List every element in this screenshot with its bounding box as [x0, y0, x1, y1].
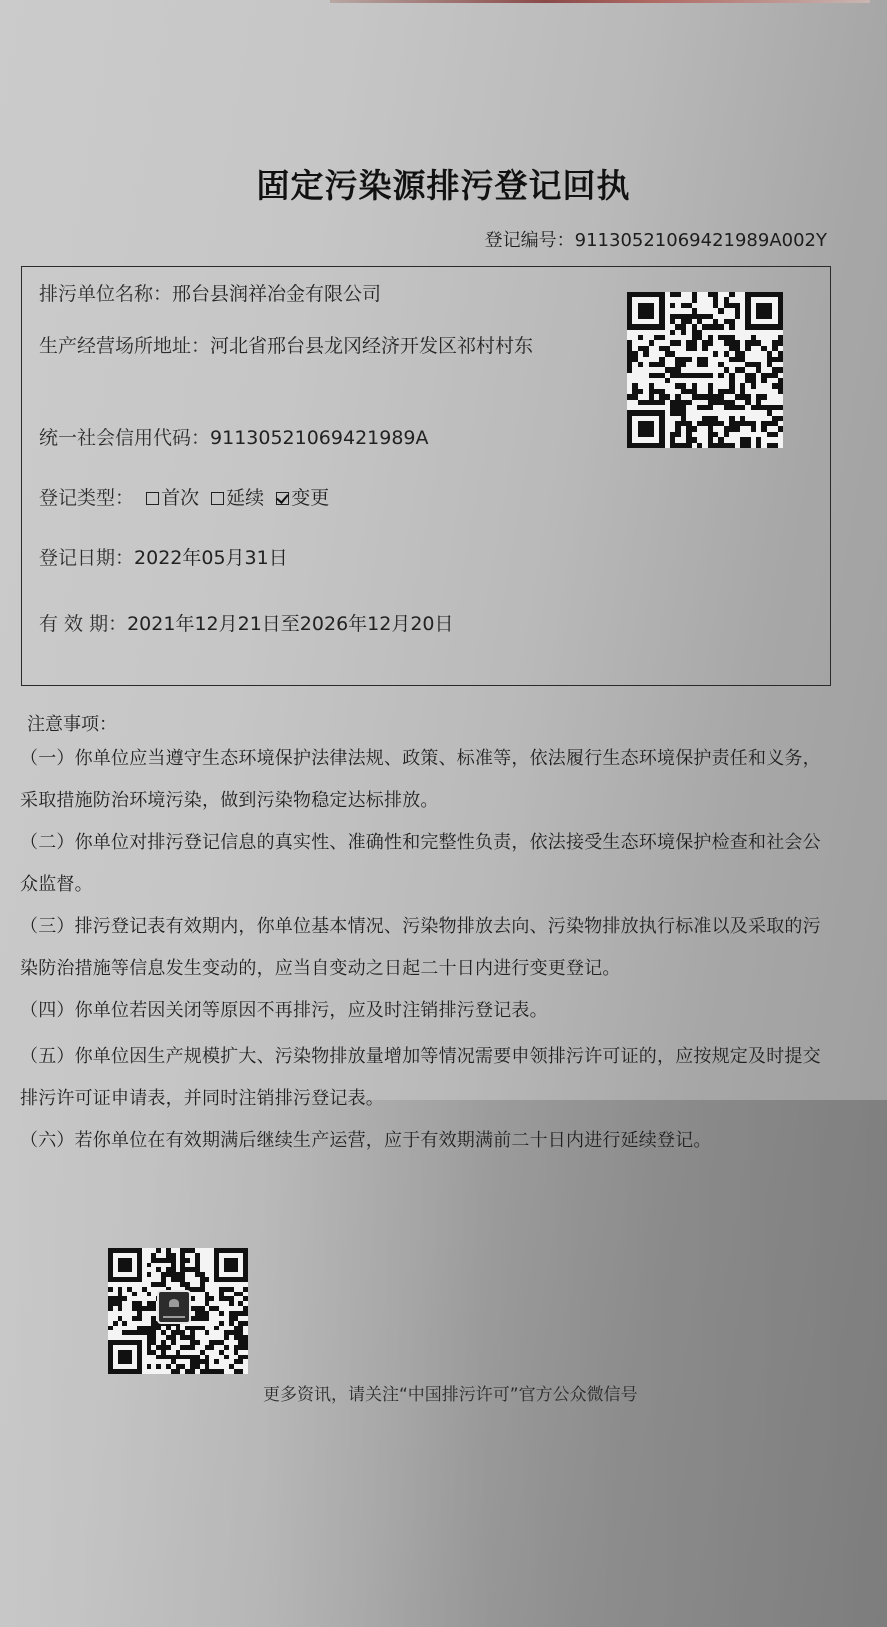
note-item-4: （四）你单位若因关闭等原因不再排污，应及时注销排污登记表。	[20, 990, 830, 1032]
credit-code-label: 统一社会信用代码：	[39, 427, 210, 449]
credit-code-value: 91130521069421989A	[210, 427, 429, 449]
photo-edge	[330, 0, 870, 3]
checkbox-first-time[interactable]	[146, 492, 159, 505]
footer-text: 更多资讯，请关注“中国排污许可”官方公众微信号	[263, 1380, 638, 1405]
note-item-6: （六）若你单位在有效期满后继续生产运营，应于有效期满前二十日内进行延续登记。	[20, 1120, 830, 1162]
wechat-account-logo-icon	[157, 1290, 191, 1324]
checkbox-renewal-label: 延续	[226, 487, 264, 509]
checkbox-change[interactable]	[276, 492, 289, 505]
checkbox-change-label: 变更	[291, 487, 329, 509]
note-item-2: （二）你单位对排污登记信息的真实性、准确性和完整性负责，依法接受生态环境保护检查…	[20, 822, 830, 906]
registration-number-value: 91130521069421989A002Y	[575, 230, 827, 251]
registration-number-label: 登记编号：	[485, 230, 575, 251]
address-row: 生产经营场所地址：河北省邢台县龙冈经济开发区祁村村东	[39, 327, 619, 365]
registration-date-label: 登记日期：	[39, 547, 134, 569]
qr-code-icon	[627, 292, 783, 448]
registration-number: 登记编号：91130521069421989A002Y	[485, 226, 827, 252]
unit-name-row: 排污单位名称：邢台县润祥冶金有限公司	[39, 277, 381, 311]
notes-title: 注意事项：	[27, 710, 117, 736]
registration-type-label: 登记类型：	[39, 487, 134, 509]
unit-name-label: 排污单位名称：	[39, 283, 172, 305]
registration-date-row: 登记日期：2022年05月31日	[39, 541, 288, 575]
unit-name-value: 邢台县润祥冶金有限公司	[172, 283, 381, 305]
document-title: 固定污染源排污登记回执	[0, 160, 887, 207]
checkbox-first-time-label: 首次	[161, 487, 199, 509]
validity-row: 有 效 期：2021年12月21日至2026年12月20日	[39, 607, 454, 641]
credit-code-row: 统一社会信用代码：91130521069421989A	[39, 421, 429, 455]
note-item-3: （三）排污登记表有效期内，你单位基本情况、污染物排放去向、污染物排放执行标准以及…	[20, 906, 830, 990]
validity-label: 有 效 期：	[39, 613, 127, 635]
registration-date-value: 2022年05月31日	[134, 547, 288, 569]
checkbox-renewal[interactable]	[211, 492, 224, 505]
note-item-1: （一）你单位应当遵守生态环境保护法律法规、政策、标准等，依法履行生态环境保护责任…	[20, 738, 830, 822]
address-label: 生产经营场所地址：	[39, 335, 210, 357]
validity-value: 2021年12月21日至2026年12月20日	[127, 613, 453, 635]
registration-type-row: 登记类型： 首次 延续 变更	[39, 481, 329, 515]
note-item-5: （五）你单位因生产规模扩大、污染物排放量增加等情况需要申领排污许可证的，应按规定…	[20, 1036, 830, 1120]
address-value: 河北省邢台县龙冈经济开发区祁村村东	[210, 335, 533, 357]
